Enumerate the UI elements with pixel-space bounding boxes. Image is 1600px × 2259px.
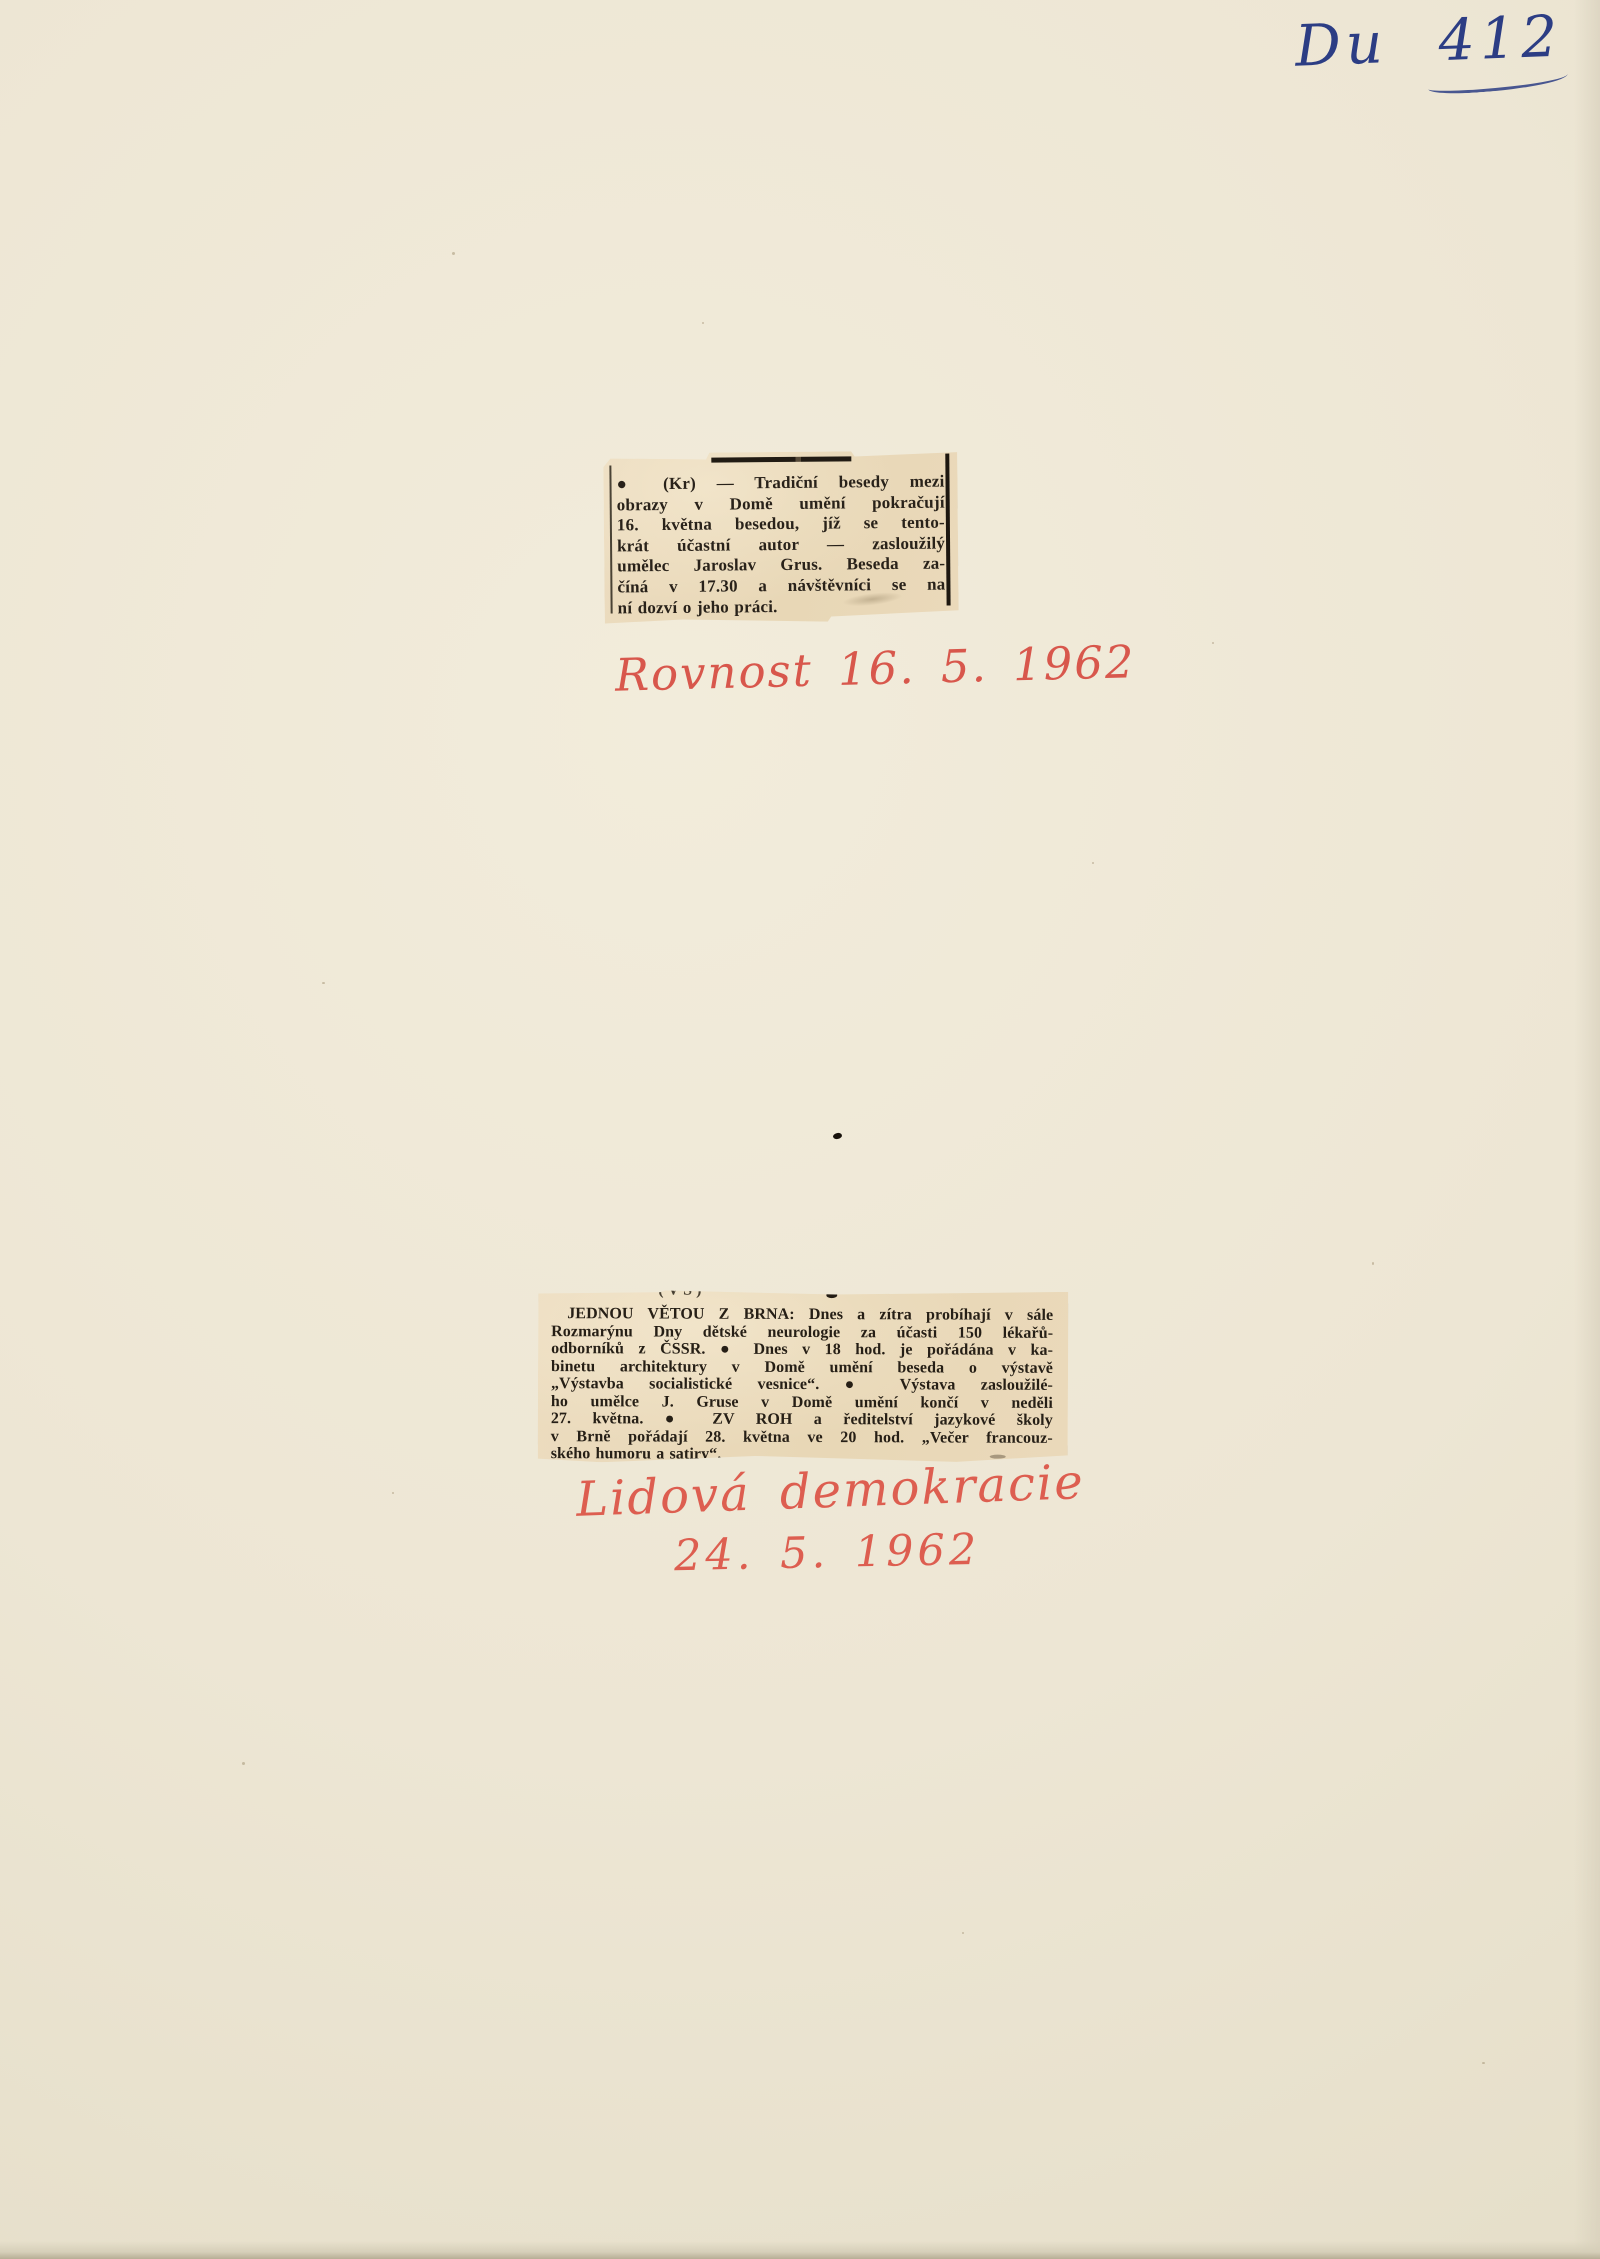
paper-speck: [322, 982, 325, 984]
cut-off-print-fragment: (VS): [658, 1290, 738, 1299]
paper-speck: [1482, 2062, 1485, 2064]
clipping-text-line: 16. května besedou, jíž se tento-: [617, 513, 945, 536]
paper-speck: [1212, 642, 1214, 644]
clipping-text-line: v Brně pořádají 28. května ve 20 hod. „V…: [551, 1428, 1053, 1447]
cut-off-print-fragment-text: (VS): [658, 1290, 738, 1299]
paper-speck: [1372, 1262, 1374, 1265]
newspaper-clipping-rovnost: ● (Kr) — Tradiční besedy mezi obrazy v D…: [603, 450, 958, 623]
clipping-text-line: „Výstavba socialistické vesnice“. ● Výst…: [551, 1375, 1053, 1394]
paper-speck: [392, 1492, 394, 1494]
clipping-text-line: binetu architektury v Domě umění beseda …: [551, 1358, 1053, 1377]
clipping-right-column-rule: [945, 454, 950, 606]
paper-speck: [702, 322, 704, 324]
annotation-lidova-date: 24. 5. 1962: [674, 1525, 981, 1581]
clipping-text-line: krát účastní autor — zasloužilý: [617, 533, 945, 556]
ink-speck: [832, 1132, 842, 1140]
paper-speck: [452, 252, 455, 255]
clipping-text-line: Rozmarýnu Dny dětské neurologie za účast…: [551, 1323, 1053, 1342]
clipping-text-line: odborníků z ČSSR. ● Dnes v 18 hod. je po…: [551, 1340, 1053, 1359]
clipping-top-rule: [711, 456, 851, 462]
scrapbook-page: Du 412 ● (Kr) — Tradiční besedy mezi obr…: [0, 0, 1600, 2259]
annotation-rovnost-date: Rovnost 16. 5. 1962: [614, 635, 1136, 702]
clipping-text-line: JEDNOU VĚTOU Z BRNA: Dnes a zítra probíh…: [551, 1305, 1053, 1324]
clipping-text-line: 27. května. ● ZV ROH a ředitelství jazyk…: [551, 1410, 1053, 1429]
clipping-text-line: ho umělce J. Gruse v Domě umění končí v …: [551, 1393, 1053, 1412]
clipping-text-line: ● (Kr) — Tradiční besedy mezi: [616, 472, 944, 495]
annotation-lidova-title: Lidová demokracie: [575, 1454, 1085, 1528]
clipping-text-block: JEDNOU VĚTOU Z BRNA: Dnes a zítra probíh…: [551, 1305, 1054, 1464]
clipping-left-column-rule: [609, 465, 612, 613]
clipping-text-line: obrazy v Domě umění pokračují: [617, 492, 945, 515]
paper-speck: [962, 1932, 964, 1934]
cut-off-bullet-fragment: [826, 1292, 837, 1298]
paper-speck: [1092, 862, 1094, 864]
paper-speck: [242, 1762, 245, 1765]
newspaper-clipping-lidova-demokracie: (VS) JEDNOU VĚTOU Z BRNA: Dnes a zítra p…: [538, 1290, 1069, 1464]
clipping-text-line: umělec Jaroslav Grus. Beseda za-: [617, 554, 945, 577]
